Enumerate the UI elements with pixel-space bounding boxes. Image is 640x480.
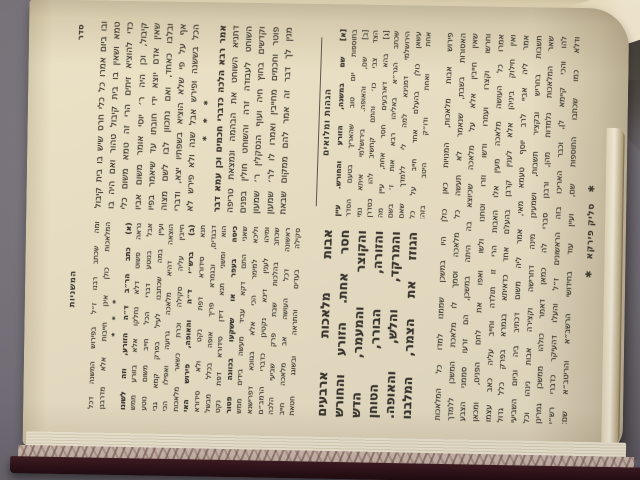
header-title: המשניות bbox=[67, 270, 78, 307]
glosses-column: הגהות ומלואים [א] שם במשנה, הזורע והחורש… bbox=[313, 28, 434, 219]
glosses-text: [א] שם במשנה, הזורע והחורש. עייןבתוספות … bbox=[333, 29, 435, 220]
header-seder-label: סדר bbox=[76, 24, 87, 40]
lower-columns: הגהות ומלואים [א] שם במשנה, הזורע והחורש… bbox=[307, 28, 435, 420]
photo-scene: סדר המשניות ובו ביום אמרו כל כלי חרס שיש… bbox=[0, 0, 640, 480]
book-page: סדר המשניות ובו ביום אמרו כל כלי חרס שיש… bbox=[23, 0, 630, 455]
upper-columns: ובו ביום אמרו כל כלי חרס שיש בו בית קיבו… bbox=[86, 21, 311, 416]
page-content: סדר המשניות ובו ביום אמרו כל כלי חרס שיש… bbox=[55, 8, 640, 457]
text-column-left: ומה שכתב רבנו ז״ל בפירוש המשנה דכלהמלאכו… bbox=[86, 221, 304, 415]
mishnah-block: אבות מלאכות ארבעיםחסר אחת. הזורע והחורשו… bbox=[307, 229, 428, 420]
commentary-block: פירוש אבות מלאכות, המנויות כאן כולן היו … bbox=[432, 32, 585, 424]
text-area: סדר המשניות ובו ביום אמרו כל כלי חרס שיש… bbox=[64, 20, 621, 426]
text-column-right: ובו ביום אמרו כל כלי חרס שיש בו בית קיבו… bbox=[93, 21, 311, 215]
colophon-text: סליק פירקא bbox=[585, 203, 597, 259]
colophon-line: ✱ סליק פירקא ✱ bbox=[579, 37, 602, 425]
running-header: סדר המשניות bbox=[64, 20, 90, 408]
fleuron-ornament-icon: ✱ bbox=[587, 184, 597, 192]
fleuron-ornament-icon: ✱ bbox=[584, 270, 594, 278]
